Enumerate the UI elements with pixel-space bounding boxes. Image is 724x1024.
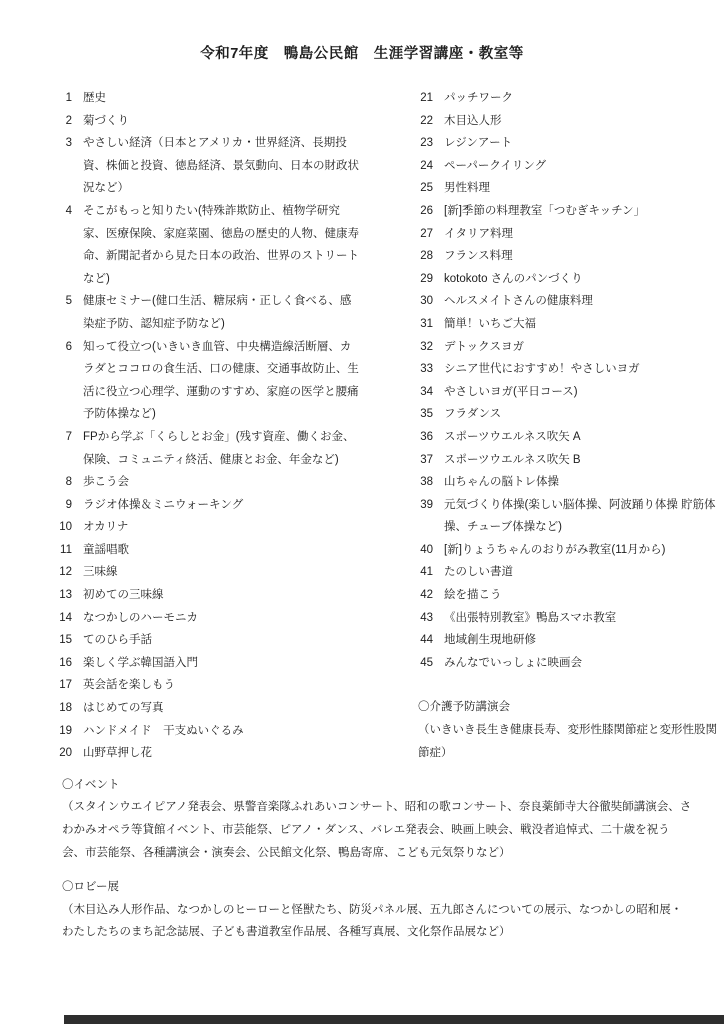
course-row: 18 はじめての写真 — [57, 697, 360, 720]
course-row: 8 歩こう会 — [57, 471, 360, 494]
course-title: なつかしのハーモニカ — [83, 607, 360, 630]
course-number: 23 — [418, 132, 444, 155]
course-number: 43 — [418, 607, 444, 630]
course-title: [新]季節の料理教室「つむぎキッチン」 — [444, 200, 720, 223]
course-row: 23 レジンアート — [418, 132, 720, 155]
course-title: ヘルスメイトさんの健康料理 — [444, 290, 720, 313]
course-row: 3 やさしい経済（日本とアメリカ・世界経済、長期投資、株価と投資、徳島経済、景気… — [57, 132, 360, 200]
course-row: 9 ラジオ体操＆ミニウォーキング — [57, 494, 360, 517]
course-number: 19 — [57, 720, 83, 743]
course-title: フラダンス — [444, 403, 720, 426]
course-number: 45 — [418, 652, 444, 675]
course-row: 13 初めての三味線 — [57, 584, 360, 607]
course-row: 6 知って役立つ(いきいき血管、中央構造線活断層、カラダとココロの食生活、口の健… — [57, 336, 360, 426]
course-number: 21 — [418, 87, 444, 110]
course-row: 15 てのひら手話 — [57, 629, 360, 652]
course-row: 36 スポーツウエルネス吹矢 A — [418, 426, 720, 449]
course-title: スポーツウエルネス吹矢 B — [444, 449, 720, 472]
course-title: 英会話を楽しもう — [83, 674, 360, 697]
bottom-sections: 〇イベント （スタインウエイピアノ発表会、県警音楽隊ふれあいコンサート、昭和の歌… — [0, 774, 724, 944]
course-number: 14 — [57, 607, 83, 630]
course-title: みんなでいっしょに映画会 — [444, 652, 720, 675]
course-number: 4 — [57, 200, 83, 290]
course-number: 22 — [418, 110, 444, 133]
course-row: 1 歴史 — [57, 87, 360, 110]
scan-artifact-bar — [64, 1015, 724, 1024]
course-number: 41 — [418, 561, 444, 584]
course-list-right: 21 パッチワーク 22 木目込人形 23 レジンアート 24 — [418, 87, 720, 674]
course-number: 3 — [57, 132, 83, 200]
course-title: 簡単！いちご大福 — [444, 313, 720, 336]
lobby-body: （木目込み人形作品、なつかしのヒーローと怪獣たち、防災パネル展、五九郎さんについ… — [62, 899, 692, 944]
event-body: （スタインウエイピアノ発表会、県警音楽隊ふれあいコンサート、昭和の歌コンサート、… — [62, 796, 692, 864]
course-row: 19 ハンドメイド 干支ぬいぐるみ — [57, 720, 360, 743]
course-number: 34 — [418, 381, 444, 404]
course-row: 39 元気づくり体操(楽しい脳体操、阿波踊り体操 貯筋体操、チューブ体操など) — [418, 494, 720, 539]
course-row: 30 ヘルスメイトさんの健康料理 — [418, 290, 720, 313]
course-title: 元気づくり体操(楽しい脳体操、阿波踊り体操 貯筋体操、チューブ体操など) — [444, 494, 720, 539]
document-page: 令和7年度 鴨島公民館 生涯学習講座・教室等 1 歴史 2 菊づくり 3 やさし… — [0, 0, 724, 1024]
course-number: 10 — [57, 516, 83, 539]
course-title: やさしいヨガ(平日コース) — [444, 381, 720, 404]
course-title: シニア世代におすすめ！やさしいヨガ — [444, 358, 720, 381]
course-title: そこがもっと知りたい(特殊詐欺防止、植物学研究家、医療保険、家庭菜園、徳島の歴史… — [83, 200, 360, 290]
course-row: 26 [新]季節の料理教室「つむぎキッチン」 — [418, 200, 720, 223]
course-title: パッチワーク — [444, 87, 720, 110]
course-title: [新]りょうちゃんのおりがみ教室(11月から) — [444, 539, 720, 562]
page-title: 令和7年度 鴨島公民館 生涯学習講座・教室等 — [0, 0, 724, 64]
course-title: 菊づくり — [83, 110, 360, 133]
course-title: てのひら手話 — [83, 629, 360, 652]
course-number: 20 — [57, 742, 83, 765]
course-number: 30 — [418, 290, 444, 313]
course-row: 37 スポーツウエルネス吹矢 B — [418, 449, 720, 472]
course-number: 11 — [57, 539, 83, 562]
course-number: 12 — [57, 561, 83, 584]
course-row: 35 フラダンス — [418, 403, 720, 426]
event-section: 〇イベント （スタインウエイピアノ発表会、県警音楽隊ふれあいコンサート、昭和の歌… — [62, 774, 692, 864]
course-title: 木目込人形 — [444, 110, 720, 133]
course-row: 7 FPから学ぶ「くらしとお金」(残す資産、働くお金、保険、コミュニティ終活、健… — [57, 426, 360, 471]
course-row: 17 英会話を楽しもう — [57, 674, 360, 697]
course-number: 9 — [57, 494, 83, 517]
course-row: 10 オカリナ — [57, 516, 360, 539]
course-title: FPから学ぶ「くらしとお金」(残す資産、働くお金、保険、コミュニティ終活、健康と… — [83, 426, 360, 471]
lobby-exhibition-section: 〇ロビー展 （木目込み人形作品、なつかしのヒーローと怪獣たち、防災パネル展、五九… — [62, 876, 692, 944]
course-title: はじめての写真 — [83, 697, 360, 720]
course-row: 32 デトックスヨガ — [418, 336, 720, 359]
lobby-heading: 〇ロビー展 — [62, 876, 692, 899]
course-row: 42 絵を描こう — [418, 584, 720, 607]
course-title: 健康セミナー(健口生活、糖尿病・正しく食べる、感染症予防、認知症予防など) — [83, 290, 360, 335]
care-prevention-heading: 〇介護予防講演会 — [418, 696, 720, 719]
course-row: 20 山野草押し花 — [57, 742, 360, 765]
course-row: 16 楽しく学ぶ韓国語入門 — [57, 652, 360, 675]
course-title: 《出張特別教室》鴨島スマホ教室 — [444, 607, 720, 630]
course-number: 44 — [418, 629, 444, 652]
course-title: やさしい経済（日本とアメリカ・世界経済、長期投資、株価と投資、徳島経済、景気動向… — [83, 132, 360, 200]
course-title: ペーパークイリング — [444, 155, 720, 178]
course-row: 11 童謡唱歌 — [57, 539, 360, 562]
course-row: 14 なつかしのハーモニカ — [57, 607, 360, 630]
course-row: 27 イタリア料理 — [418, 223, 720, 246]
care-prevention-lecture-section: 〇介護予防講演会 （いきいき長生き健康長寿、変形性膝関節症と変形性股関節症） — [418, 696, 720, 764]
course-row: 38 山ちゃんの脳トレ体操 — [418, 471, 720, 494]
course-row: 22 木目込人形 — [418, 110, 720, 133]
course-number: 35 — [418, 403, 444, 426]
course-number: 24 — [418, 155, 444, 178]
course-number: 39 — [418, 494, 444, 539]
course-title: 歩こう会 — [83, 471, 360, 494]
course-title: ラジオ体操＆ミニウォーキング — [83, 494, 360, 517]
course-title: イタリア料理 — [444, 223, 720, 246]
course-title: 童謡唱歌 — [83, 539, 360, 562]
course-title: デトックスヨガ — [444, 336, 720, 359]
course-row: 12 三味線 — [57, 561, 360, 584]
course-title: 三味線 — [83, 561, 360, 584]
course-number: 1 — [57, 87, 83, 110]
course-title: たのしい書道 — [444, 561, 720, 584]
course-row: 33 シニア世代におすすめ！やさしいヨガ — [418, 358, 720, 381]
course-columns: 1 歴史 2 菊づくり 3 やさしい経済（日本とアメリカ・世界経済、長期投資、株… — [0, 87, 724, 765]
course-column-right: 21 パッチワーク 22 木目込人形 23 レジンアート 24 — [418, 87, 720, 765]
course-row: 29 kotokoto さんのパンづくり — [418, 268, 720, 291]
course-number: 7 — [57, 426, 83, 471]
course-title: 楽しく学ぶ韓国語入門 — [83, 652, 360, 675]
course-title: フランス料理 — [444, 245, 720, 268]
course-title: 山ちゃんの脳トレ体操 — [444, 471, 720, 494]
course-number: 26 — [418, 200, 444, 223]
course-row: 5 健康セミナー(健口生活、糖尿病・正しく食べる、感染症予防、認知症予防など) — [57, 290, 360, 335]
course-row: 25 男性料理 — [418, 177, 720, 200]
course-row: 2 菊づくり — [57, 110, 360, 133]
course-row: 34 やさしいヨガ(平日コース) — [418, 381, 720, 404]
course-number: 16 — [57, 652, 83, 675]
course-row: 44 地域創生現地研修 — [418, 629, 720, 652]
course-row: 43 《出張特別教室》鴨島スマホ教室 — [418, 607, 720, 630]
course-title: kotokoto さんのパンづくり — [444, 268, 720, 291]
course-list-left: 1 歴史 2 菊づくり 3 やさしい経済（日本とアメリカ・世界経済、長期投資、株… — [57, 87, 360, 765]
course-number: 18 — [57, 697, 83, 720]
care-prevention-body: （いきいき長生き健康長寿、変形性膝関節症と変形性股関節症） — [418, 719, 720, 764]
course-row: 24 ペーパークイリング — [418, 155, 720, 178]
course-row: 28 フランス料理 — [418, 245, 720, 268]
course-title: 男性料理 — [444, 177, 720, 200]
course-number: 28 — [418, 245, 444, 268]
course-number: 40 — [418, 539, 444, 562]
course-number: 32 — [418, 336, 444, 359]
course-number: 38 — [418, 471, 444, 494]
course-number: 15 — [57, 629, 83, 652]
course-title: スポーツウエルネス吹矢 A — [444, 426, 720, 449]
course-number: 36 — [418, 426, 444, 449]
course-number: 6 — [57, 336, 83, 426]
course-row: 21 パッチワーク — [418, 87, 720, 110]
course-number: 33 — [418, 358, 444, 381]
course-number: 13 — [57, 584, 83, 607]
course-row: 40 [新]りょうちゃんのおりがみ教室(11月から) — [418, 539, 720, 562]
course-row: 45 みんなでいっしょに映画会 — [418, 652, 720, 675]
course-row: 31 簡単！いちご大福 — [418, 313, 720, 336]
course-number: 42 — [418, 584, 444, 607]
course-title: レジンアート — [444, 132, 720, 155]
event-heading: 〇イベント — [62, 774, 692, 797]
course-row: 41 たのしい書道 — [418, 561, 720, 584]
course-title: 歴史 — [83, 87, 360, 110]
course-number: 2 — [57, 110, 83, 133]
course-number: 31 — [418, 313, 444, 336]
course-number: 27 — [418, 223, 444, 246]
course-title: 地域創生現地研修 — [444, 629, 720, 652]
course-title: 絵を描こう — [444, 584, 720, 607]
course-title: オカリナ — [83, 516, 360, 539]
course-row: 4 そこがもっと知りたい(特殊詐欺防止、植物学研究家、医療保険、家庭菜園、徳島の… — [57, 200, 360, 290]
course-number: 8 — [57, 471, 83, 494]
course-number: 37 — [418, 449, 444, 472]
course-number: 29 — [418, 268, 444, 291]
course-number: 5 — [57, 290, 83, 335]
course-title: 初めての三味線 — [83, 584, 360, 607]
course-number: 25 — [418, 177, 444, 200]
course-number: 17 — [57, 674, 83, 697]
course-title: 知って役立つ(いきいき血管、中央構造線活断層、カラダとココロの食生活、口の健康、… — [83, 336, 360, 426]
course-title: 山野草押し花 — [83, 742, 360, 765]
course-title: ハンドメイド 干支ぬいぐるみ — [83, 720, 360, 743]
